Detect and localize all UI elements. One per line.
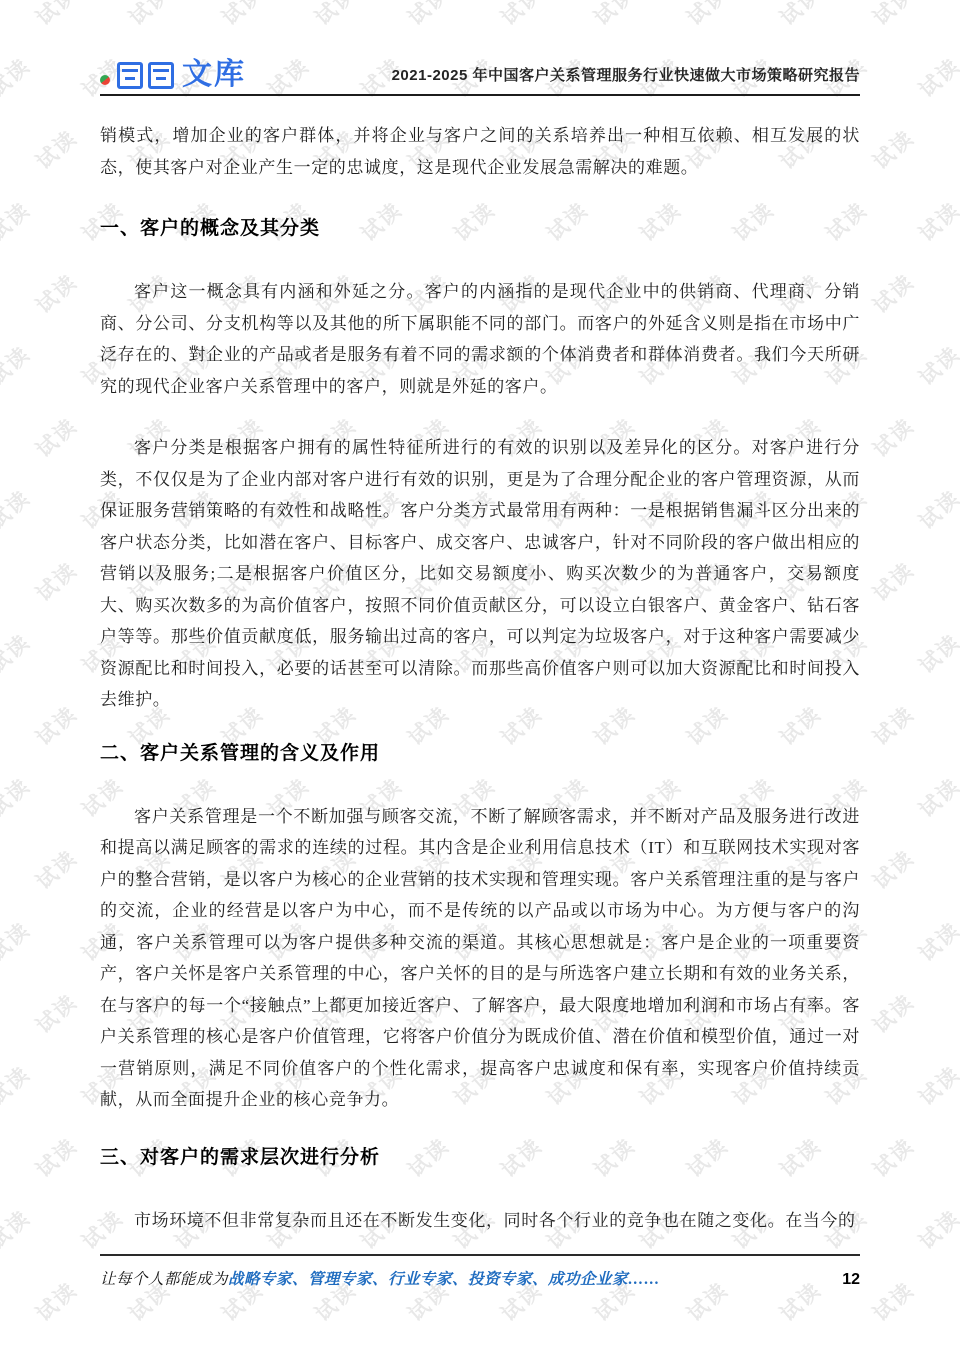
watermark-text: 试读 xyxy=(912,50,960,103)
watermark-text: 试读 xyxy=(0,50,36,103)
watermark-text: 试读 xyxy=(0,770,36,823)
logo-dot-icon xyxy=(100,75,110,85)
watermark-text: 试读 xyxy=(866,698,920,751)
wenku-logo: 文库 xyxy=(100,60,246,94)
watermark-text: 试读 xyxy=(912,1058,960,1111)
footer-slogan: 让每个人都能成为战略专家、管理专家、行业专家、投资专家、成功企业家…… xyxy=(100,1267,660,1289)
watermark-text: 试读 xyxy=(29,986,83,1039)
watermark-text: 试读 xyxy=(866,842,920,895)
section-heading-3: 三、对客户的需求层次进行分析 xyxy=(100,1142,860,1169)
section-heading-2: 二、客户关系管理的含义及作用 xyxy=(100,738,860,765)
watermark-text: 试读 xyxy=(912,914,960,967)
report-title: 2021-2025 年中国客户关系管理服务行业快速做大市场策略研究报告 xyxy=(392,64,860,94)
watermark-text: 试读 xyxy=(0,1202,36,1255)
watermark-text: 试读 xyxy=(29,1130,83,1183)
watermark-text: 试读 xyxy=(866,986,920,1039)
watermark-text: 试读 xyxy=(866,0,920,32)
paragraph: 销模式，增加企业的客户群体，并将企业与客户之间的关系培养出一种相互依赖、相互发展… xyxy=(100,120,860,183)
logo-glyph-icon xyxy=(148,62,174,89)
page-footer: 让每个人都能成为战略专家、管理专家、行业专家、投资专家、成功企业家…… 12 xyxy=(100,1254,860,1289)
paragraph: 市场环境不但非常复杂而且还在不断发生变化，同时各个行业的竞争也在随之变化。在当今… xyxy=(100,1205,860,1237)
footer-slogan-prefix: 让每个人都能成为 xyxy=(100,1271,228,1288)
paragraph: 客户分类是根据客户拥有的属性特征所进行的有效的识别以及差异化的区分。对客户进行分… xyxy=(100,432,860,716)
watermark-text: 试读 xyxy=(29,842,83,895)
watermark-text: 试读 xyxy=(29,554,83,607)
watermark-text: 试读 xyxy=(29,698,83,751)
watermark-text: 试读 xyxy=(0,194,36,247)
watermark-text: 试读 xyxy=(912,770,960,823)
page-header: 文库 2021-2025 年中国客户关系管理服务行业快速做大市场策略研究报告 xyxy=(100,0,860,96)
paragraph: 客户关系管理是一个不断加强与顾客交流，不断了解顾客需求，并不断对产品及服务进行改… xyxy=(100,801,860,1116)
paragraph: 客户这一概念具有内涵和外延之分。客户的内涵指的是现代企业中的供销商、代理商、分销… xyxy=(100,276,860,402)
document-page: 试读试读试读试读试读试读试读试读试读试读试读试读试读试读试读试读试读试读试读试读… xyxy=(0,0,960,1357)
watermark-text: 试读 xyxy=(0,914,36,967)
logo-text: 文库 xyxy=(182,60,246,90)
watermark-text: 试读 xyxy=(0,482,36,535)
watermark-text: 试读 xyxy=(912,482,960,535)
watermark-text: 试读 xyxy=(912,1202,960,1255)
watermark-text: 试读 xyxy=(866,1130,920,1183)
watermark-text: 试读 xyxy=(912,626,960,679)
page-number: 12 xyxy=(842,1271,860,1289)
watermark-text: 试读 xyxy=(866,266,920,319)
watermark-text: 试读 xyxy=(866,122,920,175)
watermark-text: 试读 xyxy=(912,338,960,391)
watermark-text: 试读 xyxy=(29,0,83,32)
watermark-text: 试读 xyxy=(0,1058,36,1111)
footer-slogan-highlight: 战略专家、管理专家、行业专家、投资专家、成功企业家…… xyxy=(228,1271,660,1288)
watermark-text: 试读 xyxy=(29,266,83,319)
watermark-text: 试读 xyxy=(866,1274,920,1327)
watermark-text: 试读 xyxy=(912,194,960,247)
document-body: 销模式，增加企业的客户群体，并将企业与客户之间的关系培养出一种相互依赖、相互发展… xyxy=(100,120,860,1236)
watermark-text: 试读 xyxy=(29,122,83,175)
watermark-text: 试读 xyxy=(0,626,36,679)
watermark-text: 试读 xyxy=(866,554,920,607)
logo-glyph-icon xyxy=(117,62,143,89)
watermark-text: 试读 xyxy=(0,338,36,391)
section-heading-1: 一、客户的概念及其分类 xyxy=(100,213,860,240)
watermark-text: 试读 xyxy=(866,410,920,463)
watermark-text: 试读 xyxy=(29,1274,83,1327)
watermark-text: 试读 xyxy=(29,410,83,463)
